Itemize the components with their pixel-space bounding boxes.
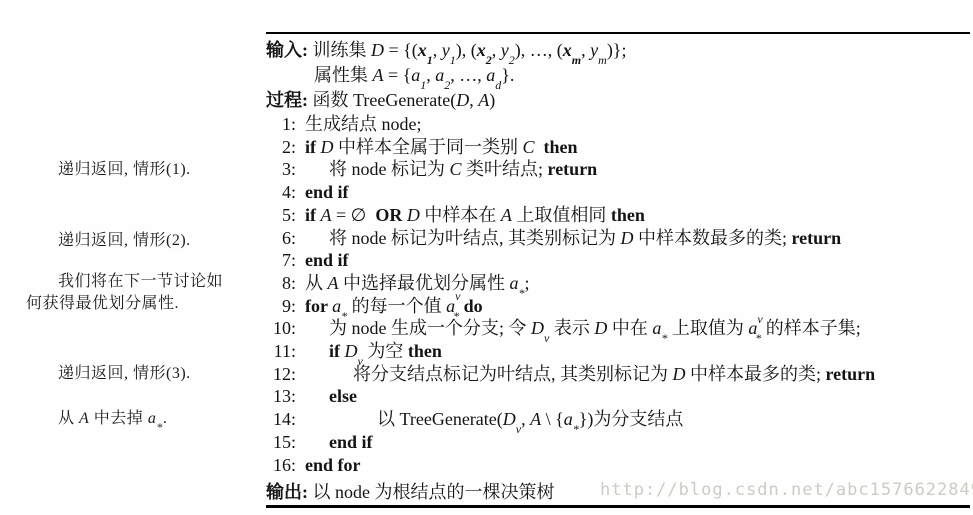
algo-line: 2:if D 中样本全属于同一类别 C then (266, 136, 970, 159)
algo-line: 9:for a* 的每一个值 av* do (266, 295, 970, 318)
watermark: http://blog.csdn.net/abc15766228491 (600, 480, 973, 500)
algo-line: 13:else (266, 385, 970, 408)
line-content: 将 node 标记为叶结点, 其类别标记为 D 中样本数最多的类; return (329, 228, 841, 248)
line-number: 9: (266, 295, 296, 318)
line-number: 13: (266, 385, 296, 408)
algo-header-line: 属性集 A = {a1, a2, …, ad}. (266, 63, 970, 88)
line-content: 为 node 生成一个分支; 令 Dv 表示 D 中在 a* 上取值为 av* … (329, 318, 861, 338)
line-content: if D 中样本全属于同一类别 C then (305, 137, 578, 157)
line-number: 16: (266, 454, 296, 477)
line-number: 10: (266, 317, 296, 340)
line-content: else (329, 386, 357, 406)
line-number: 4: (266, 181, 296, 204)
margin-note: 递归返回, 情形(3). (26, 363, 236, 385)
algo-block: 输入: 训练集 D = {(x1, y1), (x2, y2), …, (xm,… (266, 38, 970, 504)
algo-line: 7:end if (266, 249, 970, 272)
algo-line: 8:从 A 中选择最优划分属性 a*; (266, 272, 970, 295)
line-number: 1: (266, 113, 296, 136)
line-content: end for (305, 455, 361, 475)
algo-lines: 1:生成结点 node;2:if D 中样本全属于同一类别 C then3:将 … (266, 113, 970, 476)
top-rule (266, 32, 970, 34)
algo-line: 11:if Dv 为空 then (266, 340, 970, 363)
algo-line: 16:end for (266, 454, 970, 477)
margin-note: 从 A 中去掉 a*. (26, 408, 236, 430)
line-number: 5: (266, 204, 296, 227)
line-number: 15: (266, 431, 296, 454)
page: 递归返回, 情形(1).递归返回, 情形(2).我们将在下一节讨论如何获得最优划… (0, 0, 973, 515)
line-number: 8: (266, 272, 296, 295)
margin-note: 递归返回, 情形(2). (26, 230, 236, 252)
line-number: 14: (266, 408, 296, 431)
line-content: end if (305, 250, 349, 270)
line-number: 7: (266, 249, 296, 272)
line-content: end if (329, 432, 373, 452)
algo-line: 1:生成结点 node; (266, 113, 970, 136)
line-number: 6: (266, 227, 296, 250)
line-content: 将分支结点标记为叶结点, 其类别标记为 D 中样本最多的类; return (353, 364, 875, 384)
line-content: 生成结点 node; (305, 114, 422, 134)
algo-line: 6:将 node 标记为叶结点, 其类别标记为 D 中样本数最多的类; retu… (266, 227, 970, 250)
algo-header: 输入: 训练集 D = {(x1, y1), (x2, y2), …, (xm,… (266, 38, 970, 113)
line-content: for a* 的每一个值 av* do (305, 296, 483, 316)
algo-header-line: 输入: 训练集 D = {(x1, y1), (x2, y2), …, (xm,… (266, 38, 970, 63)
line-number: 12: (266, 363, 296, 386)
line-number: 11: (266, 340, 296, 363)
line-number: 3: (266, 158, 296, 181)
line-content: 将 node 标记为 C 类叶结点; return (329, 159, 597, 179)
algo-line: 14:以 TreeGenerate(Dv, A \ {a*})为分支结点 (266, 408, 970, 431)
line-content: end if (305, 182, 349, 202)
algo-header-line: 过程: 函数 TreeGenerate(D, A) (266, 88, 970, 113)
algo-line: 12:将分支结点标记为叶结点, 其类别标记为 D 中样本最多的类; return (266, 363, 970, 386)
line-number: 2: (266, 136, 296, 159)
algo-line: 4:end if (266, 181, 970, 204)
line-content: if A = ∅ OR D 中样本在 A 上取值相同 then (305, 205, 645, 225)
algo-line: 3:将 node 标记为 C 类叶结点; return (266, 158, 970, 181)
line-content: 从 A 中选择最优划分属性 a*; (305, 273, 530, 293)
margin-note: 我们将在下一节讨论如何获得最优划分属性. (26, 271, 236, 314)
algo-line: 10:为 node 生成一个分支; 令 Dv 表示 D 中在 a* 上取值为 a… (266, 317, 970, 340)
algo-line: 15:end if (266, 431, 970, 454)
line-content: if Dv 为空 then (329, 341, 442, 361)
margin-note: 递归返回, 情形(1). (26, 159, 236, 181)
line-content: 以 TreeGenerate(Dv, A \ {a*})为分支结点 (377, 409, 683, 429)
bottom-rule (266, 505, 970, 508)
algo-line: 5:if A = ∅ OR D 中样本在 A 上取值相同 then (266, 204, 970, 227)
